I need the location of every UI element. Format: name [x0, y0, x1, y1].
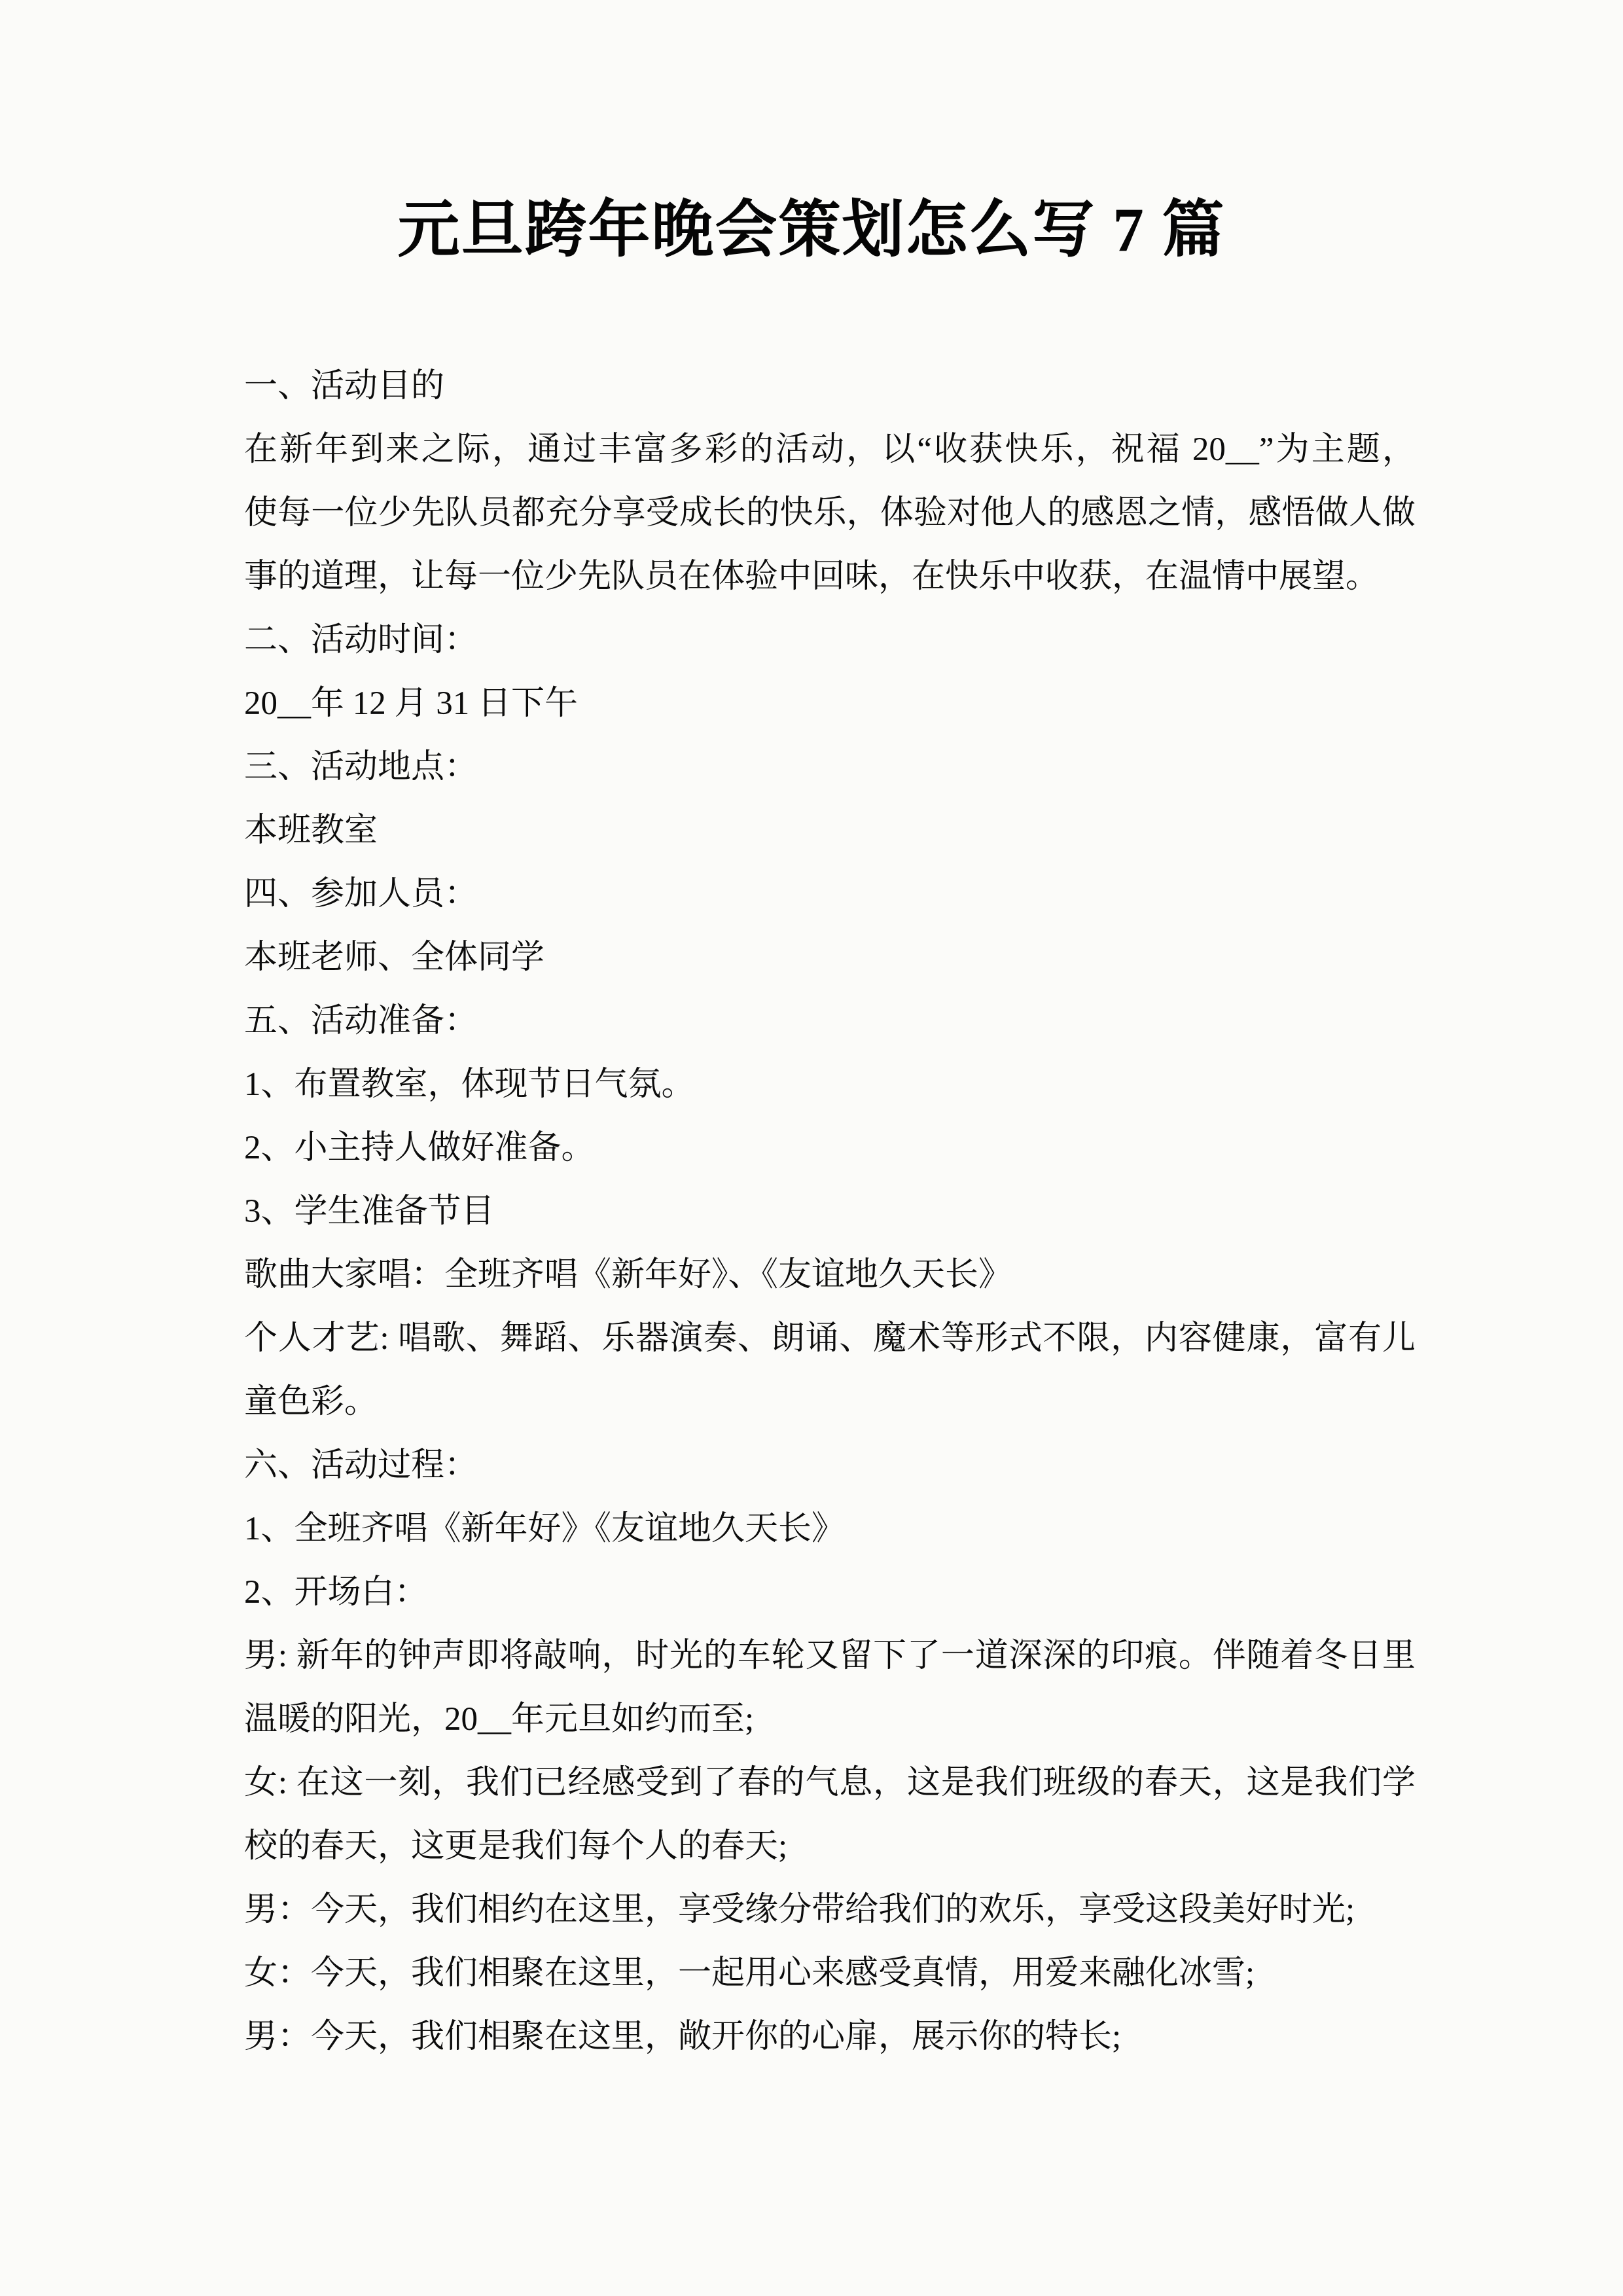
- text-line: 女: 在这一刻，我们已经感受到了春的气息，这是我们班级的春天，这是我们学: [244, 1751, 1416, 1815]
- text-line: 二、活动时间：: [244, 609, 1416, 672]
- text-line: 五、活动准备：: [244, 990, 1416, 1053]
- document-body: 一、活动目的在新年到来之际，通过丰富多彩的活动，以“收获快乐，祝福 20__”为…: [244, 355, 1416, 2069]
- text-line: 20__年 12 月 31 日下午: [244, 672, 1416, 736]
- document-page: 元旦跨年晚会策划怎么写 7 篇 一、活动目的在新年到来之际，通过丰富多彩的活动，…: [0, 0, 1623, 2296]
- text-line: 男：今天，我们相聚在这里，敞开你的心扉，展示你的特长;: [244, 2005, 1416, 2069]
- document-title: 元旦跨年晚会策划怎么写 7 篇: [0, 0, 1623, 268]
- text-line: 2、开场白：: [244, 1561, 1416, 1624]
- text-line: 本班老师、全体同学: [244, 926, 1416, 990]
- text-line: 男：今天，我们相约在这里，享受缘分带给我们的欢乐，享受这段美好时光;: [244, 1878, 1416, 1942]
- text-line: 女：今天，我们相聚在这里，一起用心来感受真情，用爱来融化冰雪;: [244, 1942, 1416, 2005]
- text-line: 歌曲大家唱：全班齐唱《新年好》、《友谊地久天长》: [244, 1244, 1416, 1307]
- text-line: 一、活动目的: [244, 355, 1416, 418]
- text-line: 校的春天，这更是我们每个人的春天;: [244, 1815, 1416, 1878]
- text-line: 1、布置教室，体现节日气氛。: [244, 1053, 1416, 1117]
- text-line: 六、活动过程：: [244, 1434, 1416, 1498]
- text-line: 男: 新年的钟声即将敲响，时光的车轮又留下了一道深深的印痕。伴随着冬日里: [244, 1624, 1416, 1688]
- text-line: 1、全班齐唱《新年好》《友谊地久天长》: [244, 1498, 1416, 1561]
- text-line: 个人才艺: 唱歌、舞蹈、乐器演奏、朗诵、魔术等形式不限，内容健康，富有儿: [244, 1307, 1416, 1371]
- text-line: 四、参加人员：: [244, 863, 1416, 926]
- text-line: 三、活动地点：: [244, 736, 1416, 799]
- text-line: 2、小主持人做好准备。: [244, 1117, 1416, 1180]
- text-line: 童色彩。: [244, 1371, 1416, 1434]
- text-line: 在新年到来之际，通过丰富多彩的活动，以“收获快乐，祝福 20__”为主题，: [244, 418, 1416, 482]
- text-line: 使每一位少先队员都充分享受成长的快乐，体验对他人的感恩之情，感悟做人做: [244, 482, 1416, 545]
- text-line: 温暖的阳光，20__年元旦如约而至;: [244, 1688, 1416, 1751]
- text-line: 本班教室: [244, 799, 1416, 863]
- text-line: 事的道理，让每一位少先队员在体验中回味，在快乐中收获，在温情中展望。: [244, 545, 1416, 609]
- text-line: 3、学生准备节目: [244, 1180, 1416, 1244]
